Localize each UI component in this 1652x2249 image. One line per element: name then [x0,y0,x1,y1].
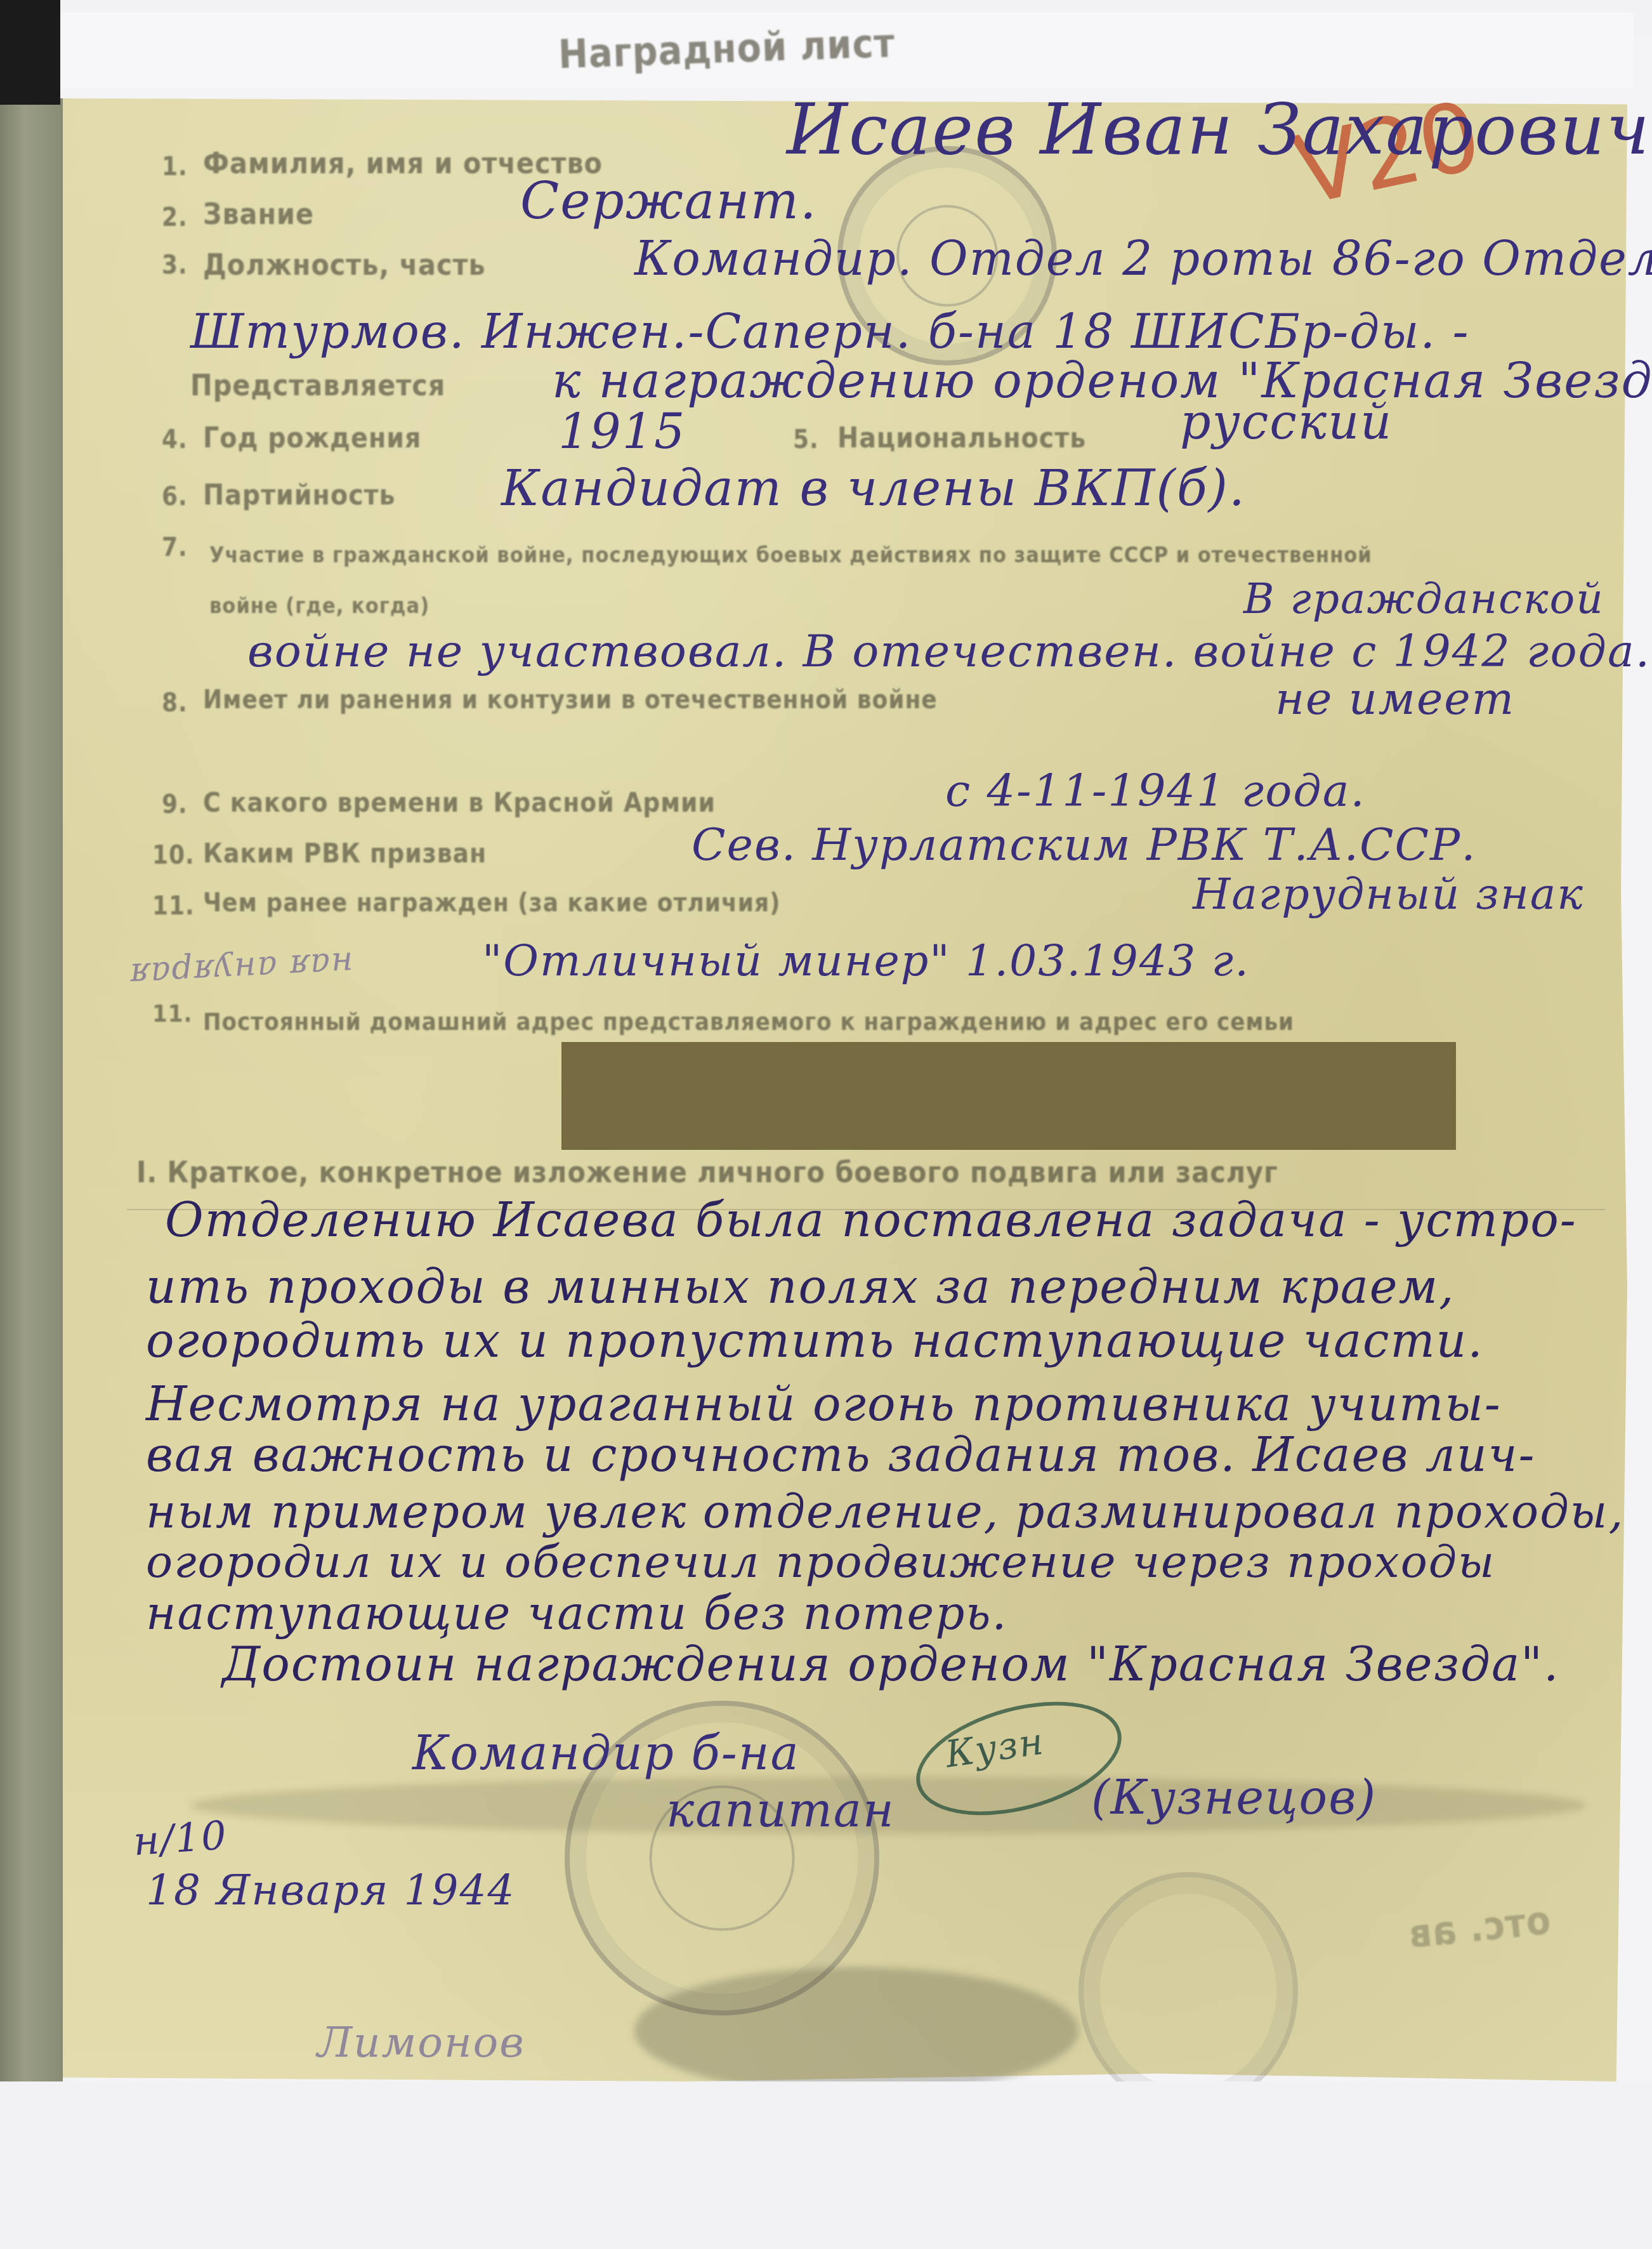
narrative-line-7: огородил их и обеспечил продвижение чере… [146,1536,1495,1588]
field-7-label: Участие в гражданской войне, последующих… [209,530,1415,631]
field-6-number: 6. [162,482,188,511]
paper-edge [60,98,63,2081]
signature-rank: капитан [666,1783,895,1838]
field-11-value: Нагрудный знак [1193,869,1584,920]
redacted-address [561,1042,1456,1150]
field-12-label: Постоянный домашний адрес представляемог… [203,996,1535,1047]
field-5-value: русский [1180,393,1393,450]
field-6-label: Партийность [203,479,396,511]
binding-strip [0,105,60,2249]
field-1-value: Исаев Иван Захарович [787,89,1651,170]
narrative-line-4: Несмотря на ураганный огонь противника у… [146,1377,1502,1432]
field-4-value: 1915 [558,403,686,459]
field-2-label: Звание [203,197,314,231]
field-2-value: Сержант. [520,171,817,230]
narrative-line-6: ным примером увлек отделение, разминиров… [146,1485,1624,1538]
field-3-value: Командир. Отдел 2 роты 86-го Отдельн. [634,232,1652,286]
narrative-line-8: наступающие части без потерь. [146,1586,1007,1640]
field-8-value: не имеет [1275,673,1515,725]
narrative-line-5: вая важность и срочность задания тов. Ис… [146,1428,1536,1482]
field-9-number: 9. [162,790,188,819]
field-8-number: 8. [162,689,188,718]
narrative-line-1: Отделению Исаева была поставлена задача … [165,1193,1577,1248]
field-6-value: Кандидат в члены ВКП(б). [501,460,1246,517]
field-3-label: Должность, часть [203,247,486,282]
narrative-line-3: огородить их и пропустить наступающие ча… [146,1314,1484,1368]
field-11-number: 11. [152,892,195,921]
field-10-value: Сев. Нурлатским РВК Т.А.ССР. [692,819,1476,871]
field-1-number: 1. [162,152,188,181]
field-10-label: Каким РВК призван [203,838,487,869]
field-5-label: Национальность [837,422,1086,454]
field-7-number: 7. [162,533,188,562]
signature-name: (Кузнецов) [1091,1771,1377,1825]
field-4-label: Год рождения [203,422,421,454]
field-3-value-cont: Штурмов. Инжен.-Саперн. б-на 18 ШИСБр-ды… [190,305,1470,359]
secondary-signature: Лимонов [317,2018,525,2067]
section-header: I. Краткое, конкретное изложение личного… [136,1155,1278,1189]
field-8-label: Имеет ли ранения и контузии в отечествен… [203,685,938,715]
document-date: 18 Января 1944 [146,1866,515,1915]
field-5-number: 5. [793,425,819,454]
faded-stamp [1078,1872,1298,2111]
field-3-number: 3. [162,251,188,280]
field-11-value-cont: "Отличный минер" 1.03.1943 г. [482,936,1250,986]
presented-value: к награждению орденом "Красная Звезда". [552,352,1652,409]
field-9-value: с 4-11-1941 года. [945,765,1366,817]
presented-label: Представляется [190,368,445,402]
field-2-number: 2. [162,203,188,232]
narrative-line-9: Достоин награждения орденом "Красная Зве… [222,1637,1560,1692]
field-4-number: 4. [162,425,188,454]
field-10-number: 10. [152,841,195,870]
field-7-value: В гражданской [1243,574,1604,623]
reference-number: н/10 [132,1812,229,1864]
scan-bottom-margin [0,2081,1652,2249]
field-7-value-cont: войне не участвовал. В отечествен. войне… [247,625,1651,677]
signature-role: Командир б-на [412,1726,800,1781]
field-12-number: 11. [152,999,193,1027]
narrative-line-2: ить проходы в минных полях за передним к… [146,1260,1455,1314]
field-9-label: С какого времени в Красной Армии [203,787,716,818]
scan-corner [0,0,60,108]
field-11-label: Чем ранее награжден (за какие отличия) [203,888,780,918]
ink-smudge [634,1967,1078,2094]
